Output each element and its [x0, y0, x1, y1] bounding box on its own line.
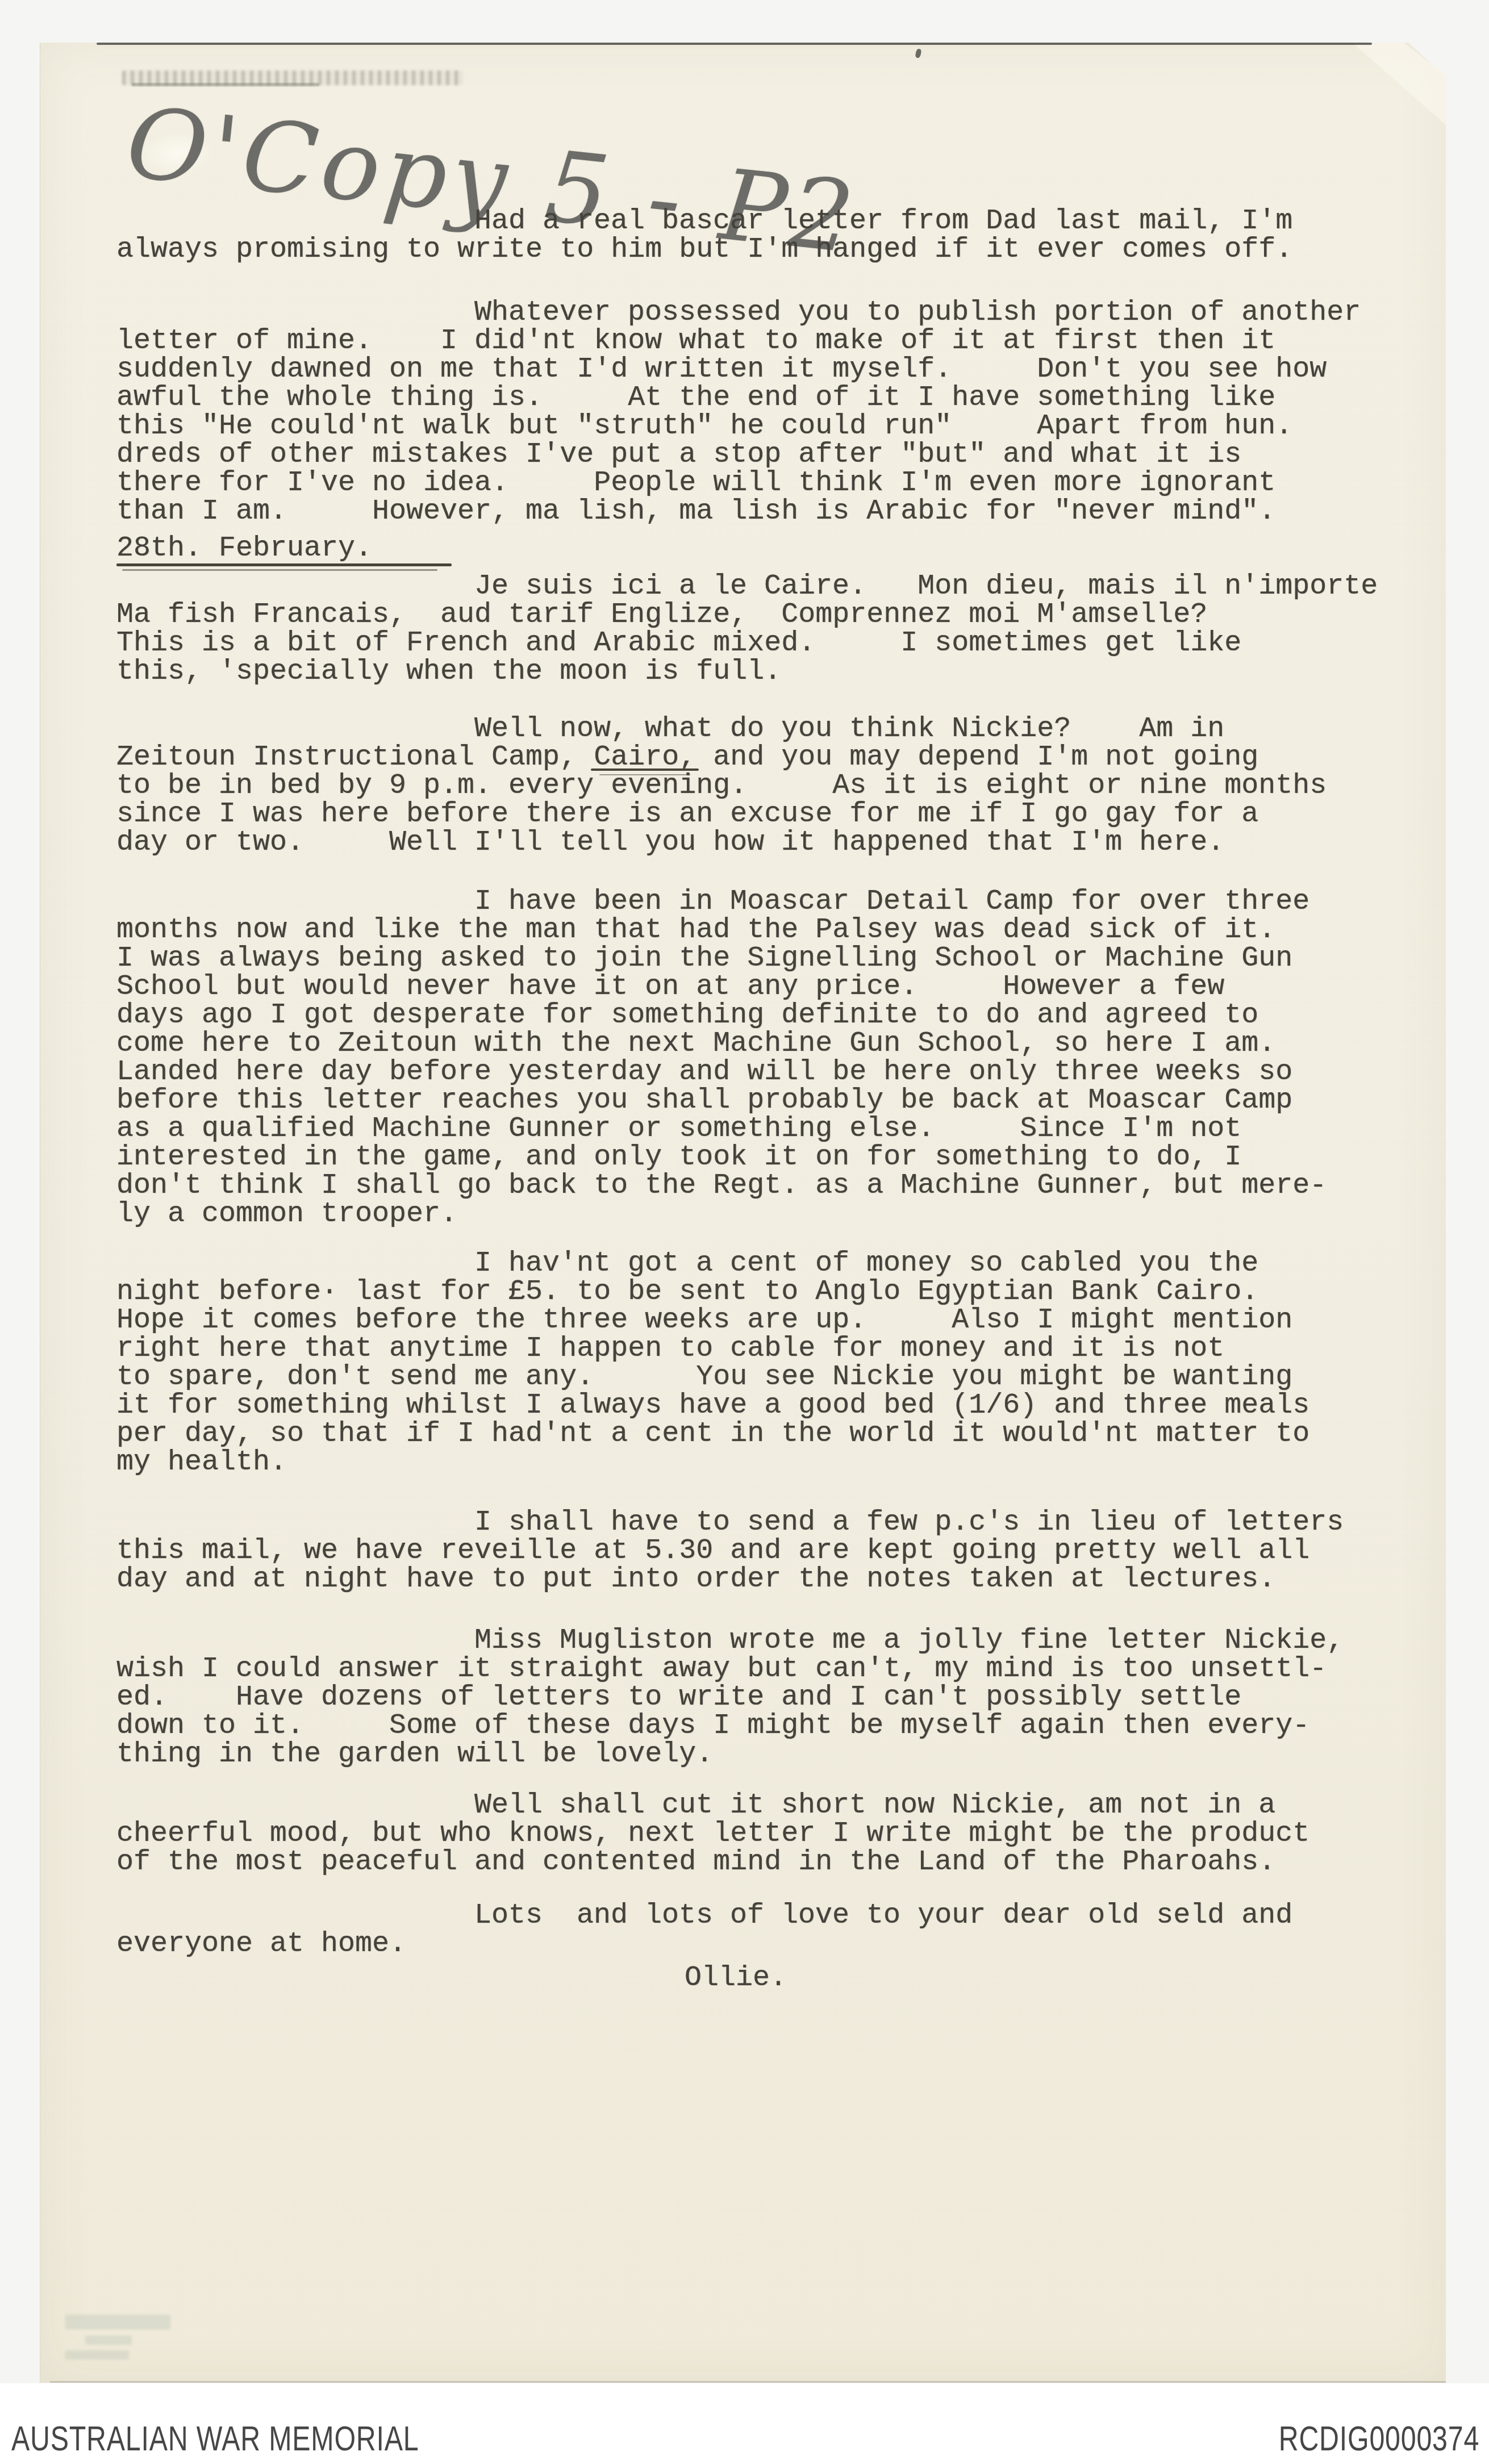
- bleed-through-stamp: [65, 2315, 170, 2329]
- letter-paragraph: I shall have to send a few p.c's in lieu…: [116, 1509, 1344, 1594]
- erased-text-smudge-line: [132, 83, 319, 86]
- letter-paragraph: Whatever possessed you to publish portio…: [116, 299, 1361, 526]
- letter-paragraph: Miss Mugliston wrote me a jolly fine let…: [116, 1627, 1344, 1769]
- cairo-underline: [599, 774, 690, 775]
- letter-paragraph: I hav'nt got a cent of money so cabled y…: [116, 1250, 1309, 1477]
- letter-paragraph: I have been in Moascar Detail Camp for o…: [116, 888, 1327, 1229]
- paper-bottom-edge-shadow: [50, 2381, 1446, 2383]
- date-heading-underline: [116, 563, 452, 566]
- letter-paragraph: Je suis ici a le Caire. Mon dieu, mais i…: [116, 573, 1378, 686]
- letter-paragraph: Lots and lots of love to your dear old s…: [116, 1902, 1292, 1958]
- signature: Ollie.: [685, 1964, 787, 1993]
- paper-top-edge-shadow: [97, 43, 1372, 45]
- date-heading: 28th. February.: [116, 534, 372, 563]
- footer-reference-number: RCDIG0000374: [1279, 2419, 1479, 2459]
- bleed-through-stamp: [85, 2336, 132, 2345]
- bleed-through-stamp: [65, 2350, 129, 2359]
- letter-paragraph: Well now, what do you think Nickie? Am i…: [116, 715, 1327, 857]
- letter-paragraph: Had a real bascar letter from Dad last m…: [116, 207, 1292, 264]
- footer-institution-label: AUSTRALIAN WAR MEMORIAL: [11, 2419, 419, 2459]
- date-heading-underline: [122, 569, 437, 571]
- letter-paragraph: Well shall cut it short now Nickie, am n…: [116, 1791, 1309, 1877]
- cairo-underline: [591, 769, 699, 771]
